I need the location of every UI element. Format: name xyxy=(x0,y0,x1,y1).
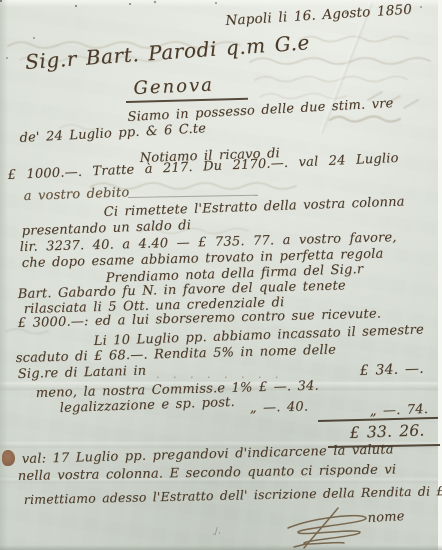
scanned-letter-page: { "document": { "type": "scanned handwri… xyxy=(0,0,442,550)
signature-word: nome xyxy=(367,509,405,526)
wax-seal-residue xyxy=(2,450,15,466)
signature-paraph-icon xyxy=(282,498,378,550)
footer-mark: ./. xyxy=(211,526,222,538)
recipient-city: Genova xyxy=(133,75,214,99)
scan-edge-right xyxy=(438,0,442,550)
scan-edge-left xyxy=(0,0,8,550)
amount-legal: „ —. 40. xyxy=(250,399,309,416)
ink-specks xyxy=(0,0,2,2)
amount-latani: £ 34. —. xyxy=(359,361,424,379)
amount-total: £ 33. 26. xyxy=(349,421,424,442)
